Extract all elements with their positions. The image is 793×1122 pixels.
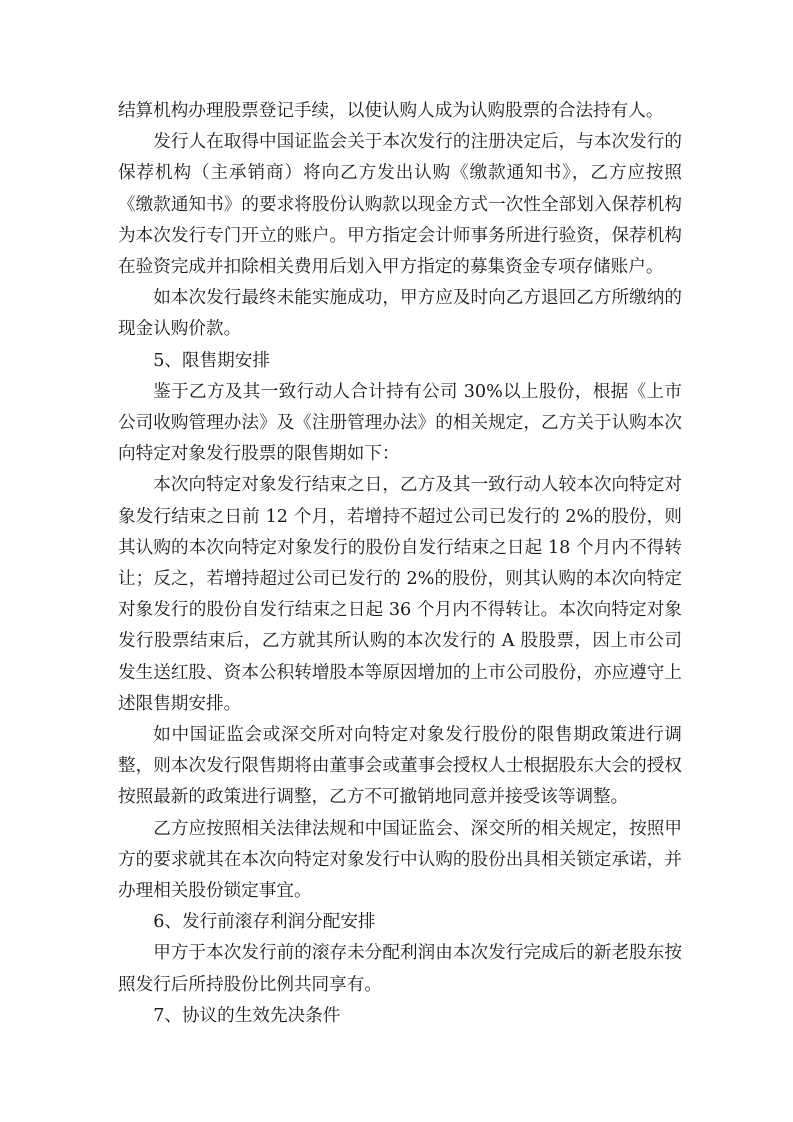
paragraph-lockup-policy-adjustment: 如中国证监会或深交所对向特定对象发行股份的限售期政策进行调整，则本次发行限售期将… [118, 720, 682, 814]
section-heading-retained-profits: 6、发行前滚存利润分配安排 [118, 907, 682, 938]
section-heading-effectiveness-conditions: 7、协议的生效先决条件 [118, 1001, 682, 1032]
section-heading-lockup-period: 5、限售期安排 [118, 346, 682, 377]
paragraph-registration-continuation: 结算机构办理股票登记手续，以使认购人成为认购股票的合法持有人。 [118, 96, 682, 127]
paragraph-lockup-terms: 本次向特定对象发行结束之日，乙方及其一致行动人较本次向特定对象发行结束之日前 1… [118, 470, 682, 720]
paragraph-lockup-commitment: 乙方应按照相关法律法规和中国证监会、深交所的相关规定，按照甲方的要求就其在本次向… [118, 814, 682, 908]
paragraph-retained-profits: 甲方于本次发行前的滚存未分配利润由本次发行完成后的新老股东按照发行后所持股份比例… [118, 938, 682, 1000]
document-page: 结算机构办理股票登记手续，以使认购人成为认购股票的合法持有人。 发行人在取得中国… [118, 96, 682, 1032]
paragraph-refund: 如本次发行最终未能实施成功，甲方应及时向乙方退回乙方所缴纳的现金认购价款。 [118, 283, 682, 345]
paragraph-payment-procedure: 发行人在取得中国证监会关于本次发行的注册决定后，与本次发行的保荐机构（主承销商）… [118, 127, 682, 283]
paragraph-lockup-basis: 鉴于乙方及其一致行动人合计持有公司 30%以上股份，根据《上市公司收购管理办法》… [118, 377, 682, 471]
